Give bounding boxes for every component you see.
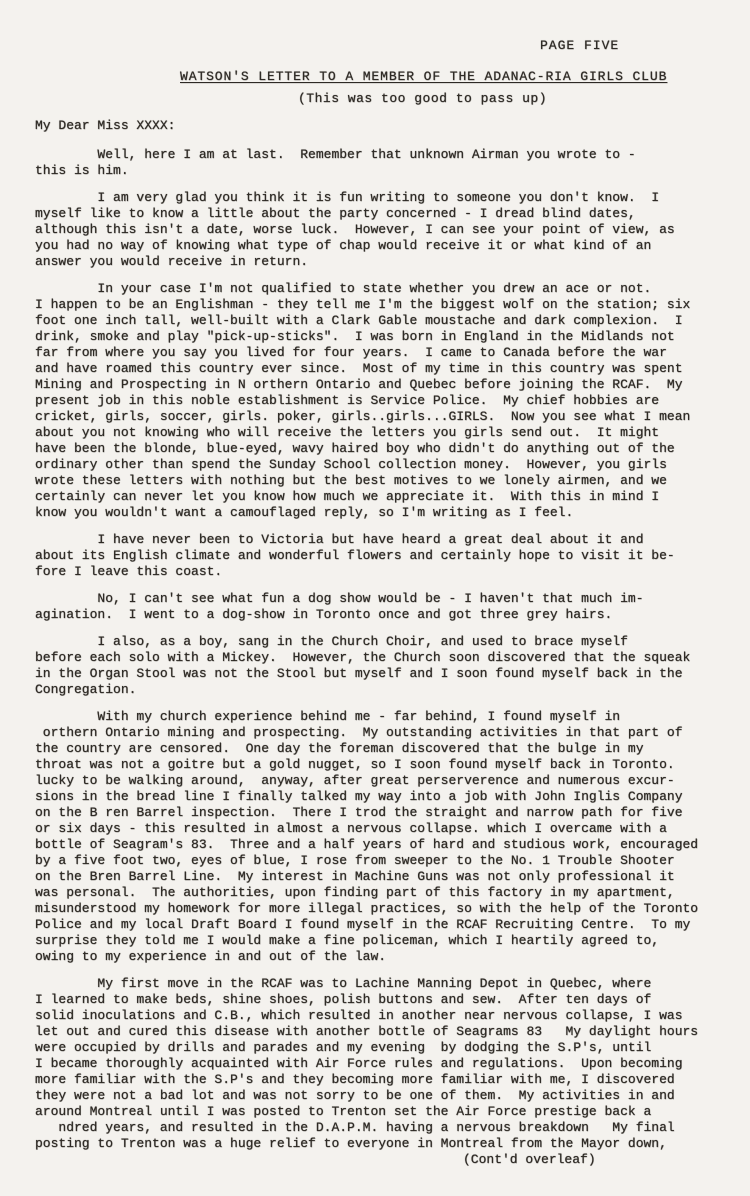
letter-title: WATSON'S LETTER TO A MEMBER OF THE ADANA…	[180, 69, 667, 85]
salutation: My Dear Miss XXXX:	[35, 118, 175, 134]
paragraph-7: With my church experience behind me - fa…	[35, 709, 730, 965]
continuation-note: (Cont'd overleaf)	[35, 1152, 730, 1168]
page-number-label: PAGE FIVE	[540, 38, 619, 54]
paragraph-2: I am very glad you think it is fun writi…	[35, 190, 730, 270]
paragraph-4: I have never been to Victoria but have h…	[35, 532, 730, 580]
letter-page: PAGE FIVE WATSON'S LETTER TO A MEMBER OF…	[0, 0, 750, 1196]
paragraph-5: No, I can't see what fun a dog show woul…	[35, 591, 730, 623]
letter-body: Well, here I am at last. Remember that u…	[35, 147, 730, 1168]
paragraph-6: I also, as a boy, sang in the Church Cho…	[35, 634, 730, 698]
paragraph-1: Well, here I am at last. Remember that u…	[35, 147, 730, 179]
paragraph-8: My first move in the RCAF was to Lachine…	[35, 976, 730, 1152]
paragraph-3: In your case I'm not qualified to state …	[35, 281, 730, 521]
letter-subtitle: (This was too good to pass up)	[298, 91, 547, 107]
